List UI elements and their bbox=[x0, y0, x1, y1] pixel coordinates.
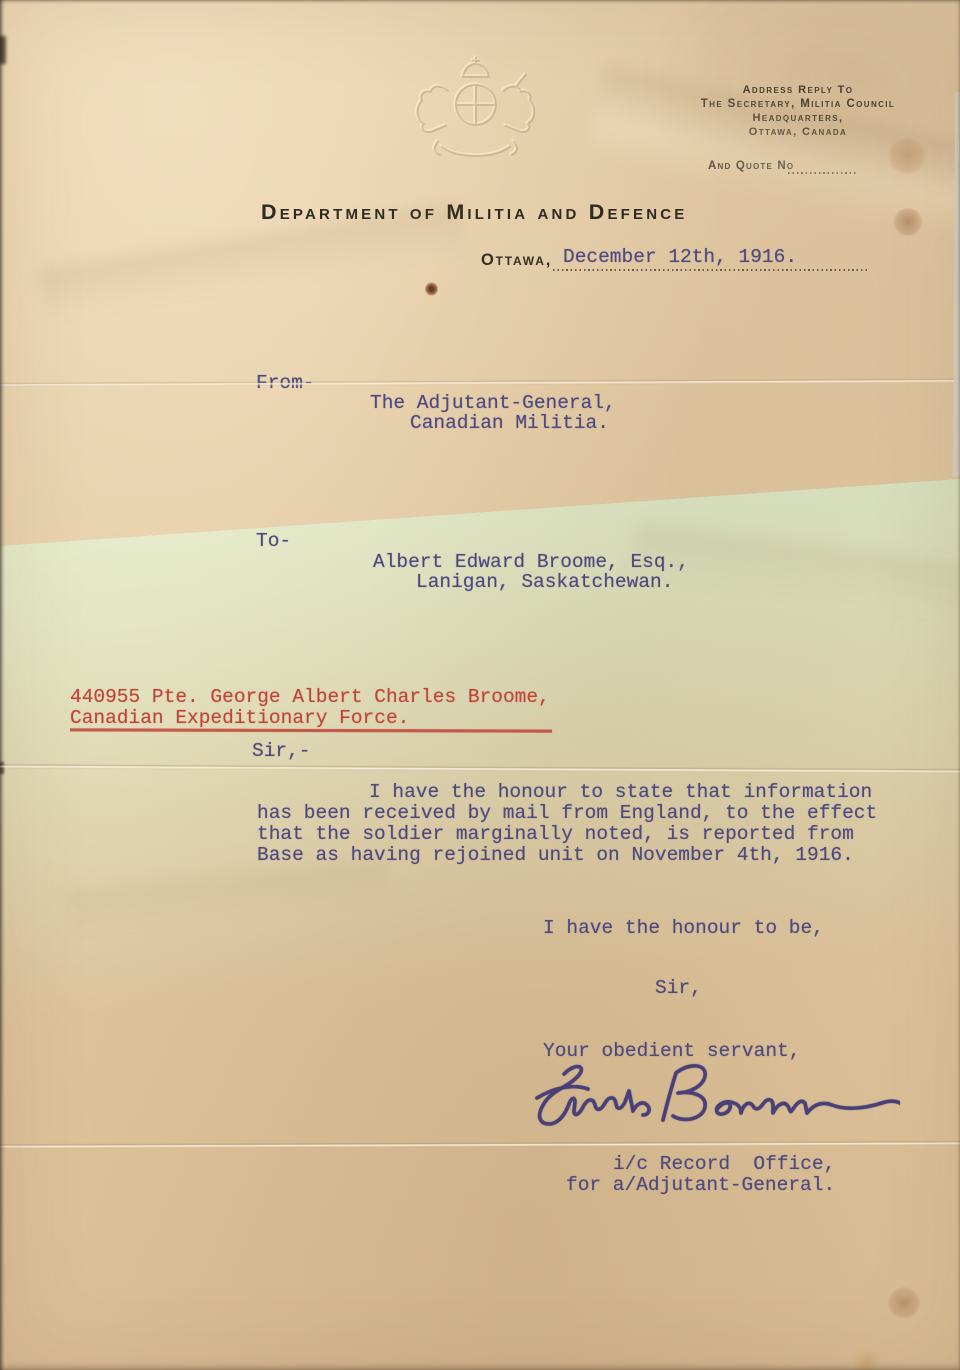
signature-block-line: i/c Record Office, bbox=[613, 1153, 835, 1175]
royal-coat-of-arms-crest bbox=[403, 52, 547, 164]
paper-crease bbox=[640, 0, 960, 210]
ink-spot bbox=[425, 282, 438, 296]
paper-crease bbox=[67, 858, 392, 956]
fold-line bbox=[0, 378, 960, 387]
marginal-note-underline bbox=[70, 728, 552, 732]
closing-line: Sir, bbox=[655, 977, 702, 999]
date-rule bbox=[553, 269, 868, 271]
edge-mark bbox=[0, 36, 6, 64]
letter-page: Address Reply To The Secretary, Militia … bbox=[0, 0, 960, 1370]
marginal-note-line: 440955 Pte. George Albert Charles Broome… bbox=[70, 686, 550, 708]
department-title: Department of Militia and Defence bbox=[261, 200, 688, 225]
fold-line bbox=[0, 763, 960, 773]
body-line: I have the honour to state that informat… bbox=[369, 781, 872, 803]
body-line: has been received by mail from England, … bbox=[257, 802, 877, 824]
stain bbox=[886, 138, 928, 174]
from-line: The Adjutant-General, bbox=[370, 392, 616, 414]
place-label: Ottawa, bbox=[481, 251, 552, 270]
salutation: Sir,- bbox=[252, 740, 311, 762]
fold-line bbox=[0, 1140, 960, 1148]
stain bbox=[893, 208, 923, 236]
signature bbox=[520, 1058, 900, 1146]
paper-crease bbox=[37, 202, 473, 343]
paper-crease bbox=[626, 523, 960, 652]
stain bbox=[850, 1350, 884, 1370]
stain bbox=[888, 1287, 920, 1319]
to-label: To- bbox=[256, 530, 291, 552]
closing-line: I have the honour to be, bbox=[543, 917, 824, 939]
from-line: Canadian Militia. bbox=[410, 412, 609, 434]
signature-block-line: for a/Adjutant-General. bbox=[566, 1174, 835, 1196]
date-line: December 12th, 1916. bbox=[563, 246, 797, 268]
body-line: that the soldier marginally noted, is re… bbox=[257, 823, 854, 845]
marginal-note-line: Canadian Expeditionary Force. bbox=[70, 707, 409, 729]
